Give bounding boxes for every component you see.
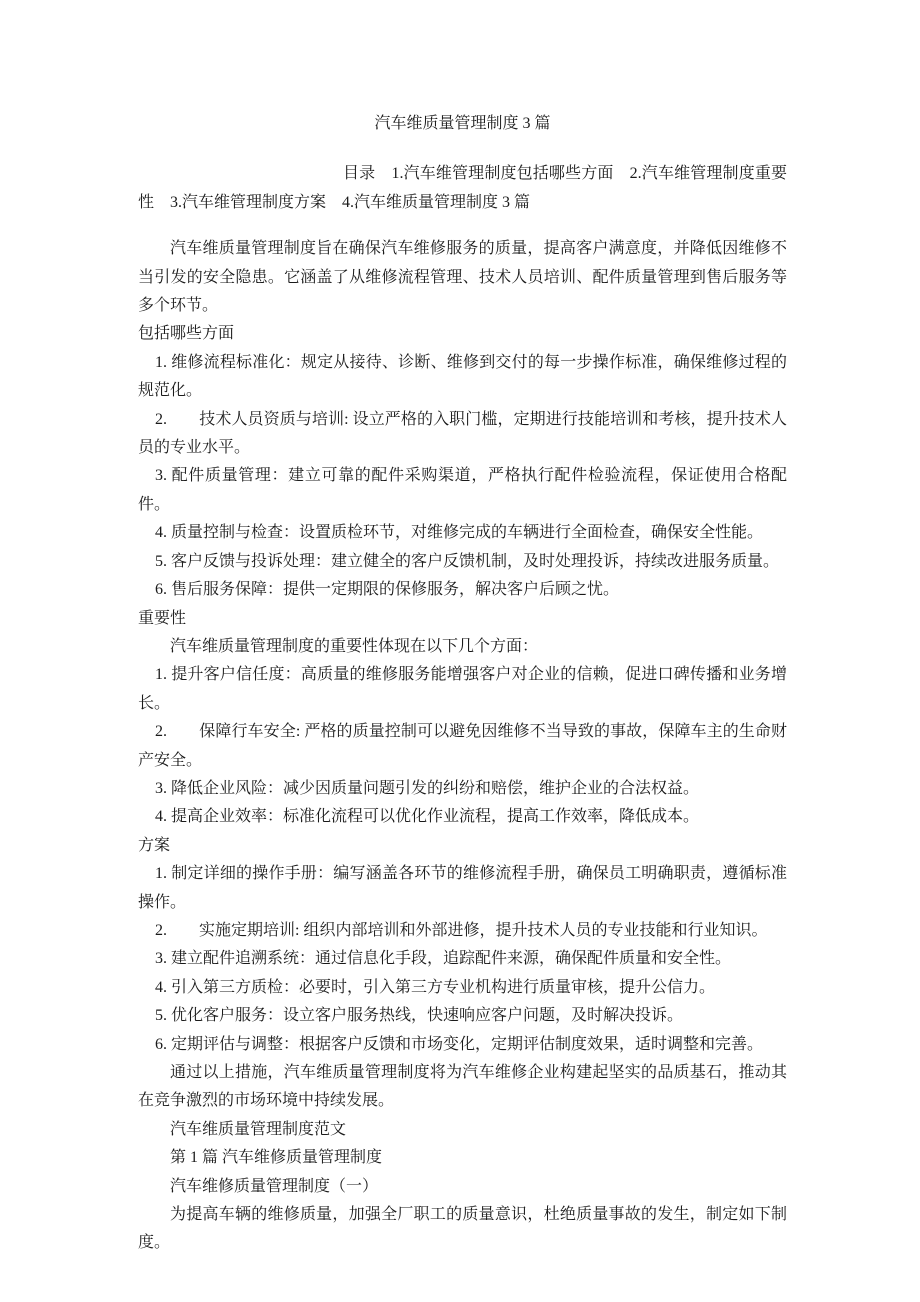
list-item: 2. 技术人员资质与培训: 设立严格的入职门槛，定期进行技能培训和考核，提升技术… bbox=[138, 406, 787, 463]
body-paragraph: 汽车维质量管理制度范文 bbox=[138, 1116, 787, 1144]
list-item: 1. 提升客户信任度：高质量的维修服务能增强客户对企业的信赖，促进口碑传播和业务… bbox=[138, 661, 787, 718]
list-item: 6. 定期评估与调整：根据客户反馈和市场变化，定期评估制度效果，适时调整和完善。 bbox=[138, 1031, 787, 1059]
section-heading: 包括哪些方面 bbox=[138, 320, 787, 348]
list-item: 2. 保障行车安全: 严格的质量控制可以避免因维修不当导致的事故，保障车主的生命… bbox=[138, 718, 787, 775]
list-item: 1. 维修流程标准化：规定从接待、诊断、维修到交付的每一步操作标准，确保维修过程… bbox=[138, 349, 787, 406]
list-item: 4. 提高企业效率：标准化流程可以优化作业流程，提高工作效率，降低成本。 bbox=[138, 803, 787, 831]
document-title: 汽车维质量管理制度 3 篇 bbox=[138, 110, 787, 138]
section-heading: 重要性 bbox=[138, 605, 787, 633]
list-item: 4. 引入第三方质检：必要时，引入第三方专业机构进行质量审核，提升公信力。 bbox=[138, 974, 787, 1002]
paragraph-container: 汽车维质量管理制度旨在确保汽车维修服务的质量，提高客户满意度，并降低因维修不当引… bbox=[138, 235, 787, 1258]
list-item: 3. 降低企业风险：减少因质量问题引发的纠纷和赔偿，维护企业的合法权益。 bbox=[138, 775, 787, 803]
list-item: 1. 制定详细的操作手册：编写涵盖各环节的维修流程手册，确保员工明确职责，遵循标… bbox=[138, 860, 787, 917]
list-item: 2. 实施定期培训: 组织内部培训和外部进修，提升技术人员的专业技能和行业知识。 bbox=[138, 917, 787, 945]
table-of-contents: 目录 1.汽车维管理制度包括哪些方面 2.汽车维管理制度重要性 3.汽车维管理制… bbox=[138, 160, 787, 217]
list-item: 6. 售后服务保障：提供一定期限的保修服务，解决客户后顾之忧。 bbox=[138, 576, 787, 604]
body-paragraph: 第 1 篇 汽车维修质量管理制度 bbox=[138, 1144, 787, 1172]
document-content: 汽车维质量管理制度 3 篇 目录 1.汽车维管理制度包括哪些方面 2.汽车维管理… bbox=[0, 0, 920, 1258]
list-item: 5. 客户反馈与投诉处理：建立健全的客户反馈机制，及时处理投诉，持续改进服务质量… bbox=[138, 548, 787, 576]
body-paragraph: 汽车维质量管理制度旨在确保汽车维修服务的质量，提高客户满意度，并降低因维修不当引… bbox=[138, 235, 787, 320]
section-heading: 方案 bbox=[138, 832, 787, 860]
body-paragraph: 汽车维质量管理制度的重要性体现在以下几个方面： bbox=[138, 633, 787, 661]
list-item: 5. 优化客户服务：设立客户服务热线，快速响应客户问题，及时解决投诉。 bbox=[138, 1002, 787, 1030]
body-paragraph: 通过以上措施，汽车维质量管理制度将为汽车维修企业构建起坚实的品质基石，推动其在竞… bbox=[138, 1059, 787, 1116]
body-paragraph: 汽车维修质量管理制度（一） bbox=[138, 1173, 787, 1201]
body-paragraph: 为提高车辆的维修质量，加强全厂职工的质量意识，杜绝质量事故的发生，制定如下制度。 bbox=[138, 1201, 787, 1258]
list-item: 4. 质量控制与检查：设置质检环节，对维修完成的车辆进行全面检查，确保安全性能。 bbox=[138, 519, 787, 547]
list-item: 3. 建立配件追溯系统：通过信息化手段，追踪配件来源，确保配件质量和安全性。 bbox=[138, 945, 787, 973]
document-page: 汽车维质量管理制度 3 篇 目录 1.汽车维管理制度包括哪些方面 2.汽车维管理… bbox=[0, 0, 920, 1302]
list-item: 3. 配件质量管理：建立可靠的配件采购渠道，严格执行配件检验流程，保证使用合格配… bbox=[138, 462, 787, 519]
